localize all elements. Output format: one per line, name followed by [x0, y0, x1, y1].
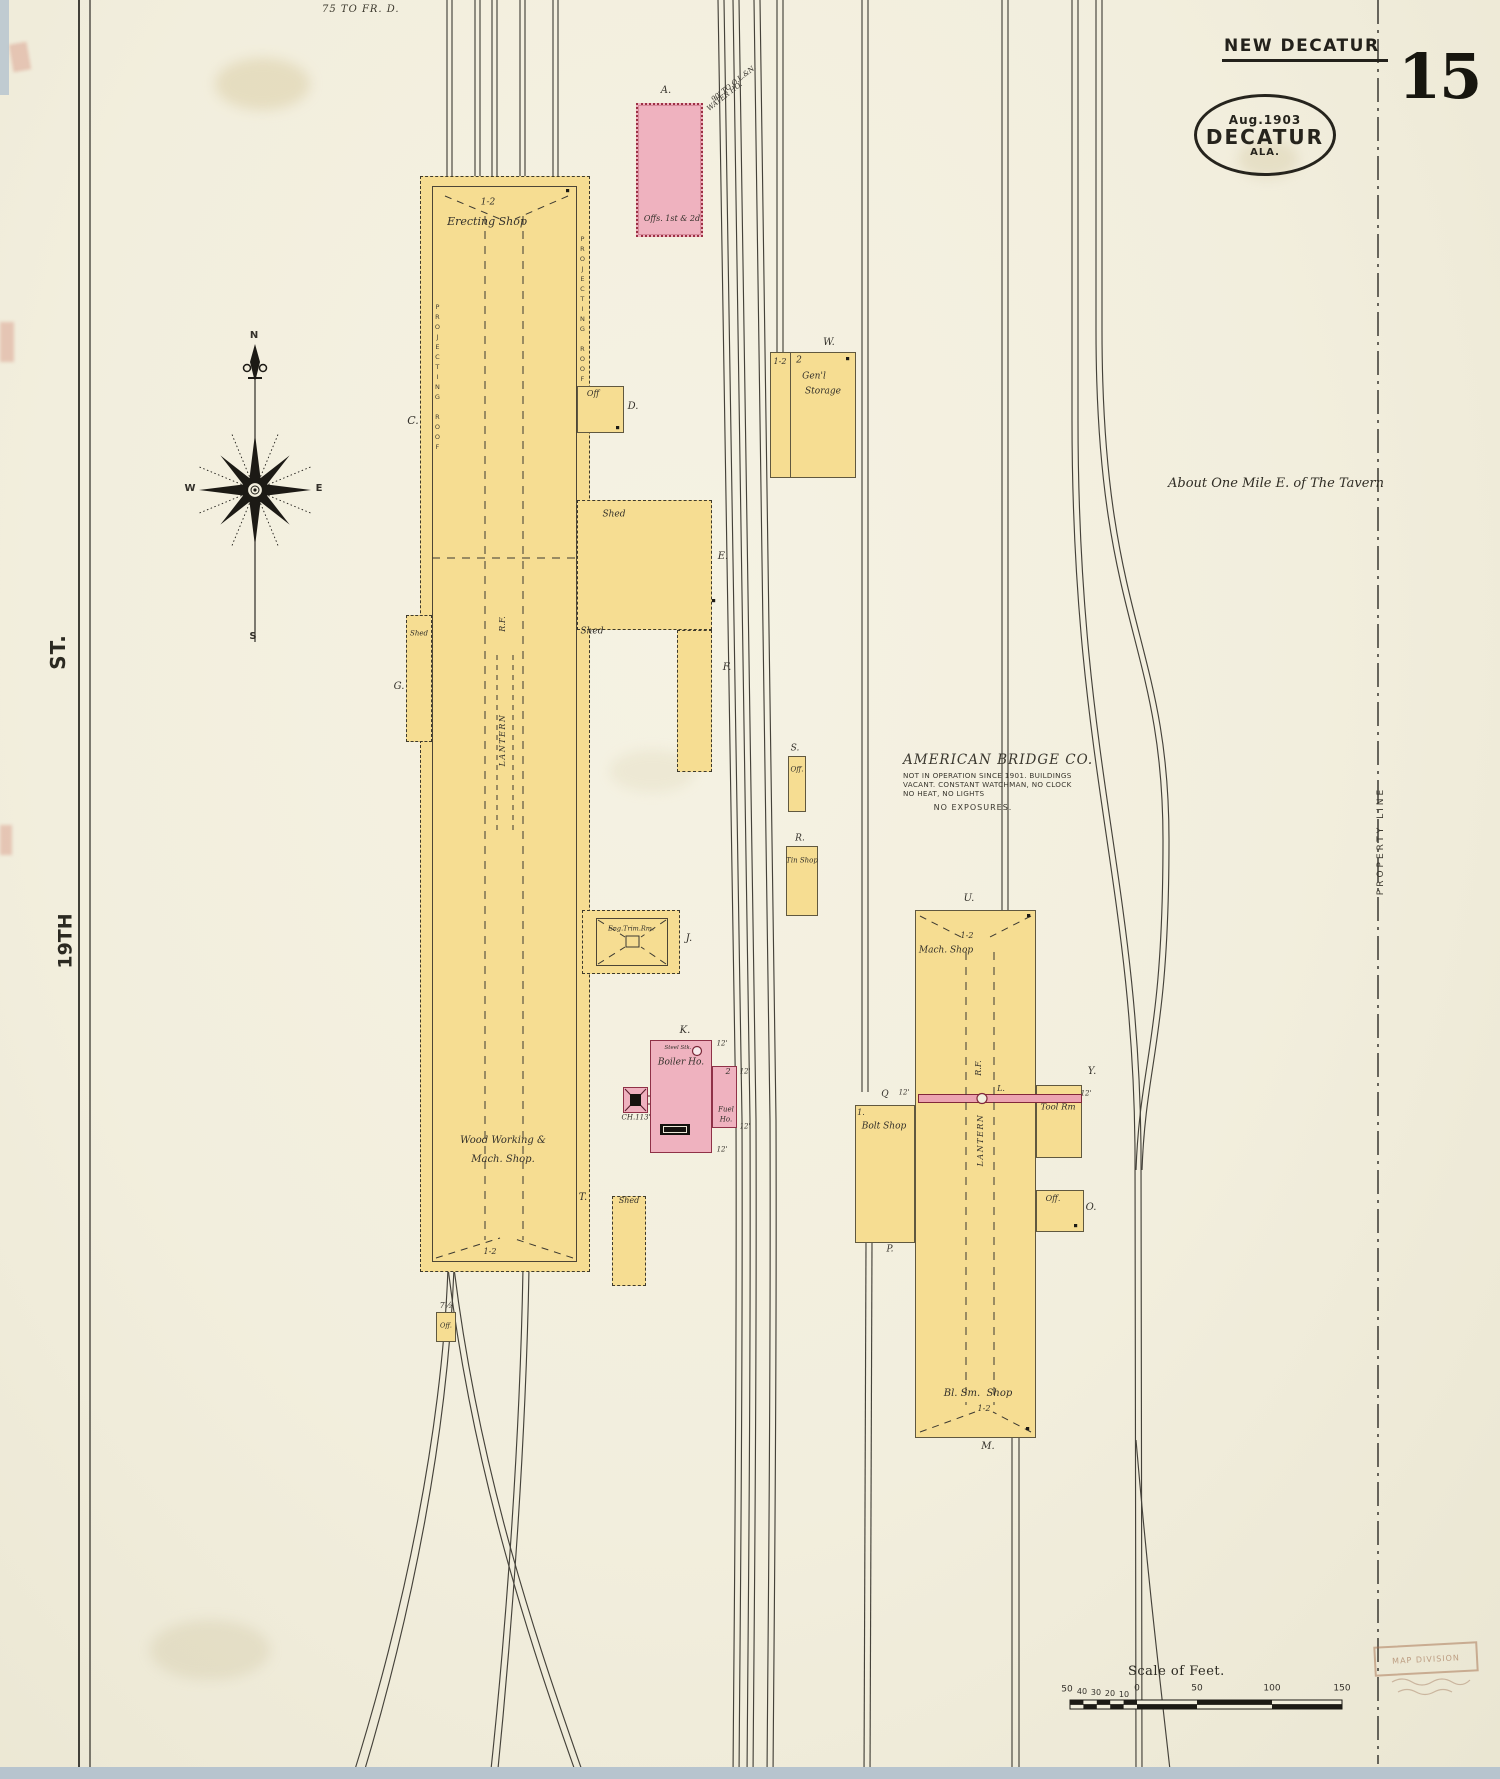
scale-tick: 0 — [1134, 1684, 1140, 1693]
stamp-squiggle — [1392, 1679, 1470, 1695]
label-7half: 7½ — [440, 1302, 453, 1310]
label-s: S. — [791, 744, 800, 753]
property-line-label: PROPERTY LINE — [1376, 786, 1386, 896]
label-fuel-stories: 2 — [725, 1068, 730, 1076]
label-d: D. — [628, 402, 639, 413]
label-rf-left: R.F. — [499, 616, 507, 631]
label-eng-trim: Eng.Trim.Rm. — [608, 926, 654, 933]
label-mach-shop: Mach. Shop — [919, 946, 973, 955]
storage-partition-wall — [790, 352, 791, 478]
label-bolt-stories: 1. — [857, 1109, 865, 1117]
scan-edge — [0, 0, 9, 95]
label-shed-e: Shed — [602, 510, 625, 519]
chimney — [623, 1087, 648, 1113]
label-shed-mid: Shed — [580, 627, 603, 636]
label-dim: 12' — [1081, 1090, 1092, 1097]
label-e: E. — [718, 552, 728, 563]
label-lantern-left: LANTERN — [499, 714, 507, 767]
scale-tick: 100 — [1263, 1684, 1280, 1693]
company-note-exposures: NO EXPOSURES. — [903, 803, 1043, 813]
label-p: P. — [886, 1245, 893, 1254]
scale-tick: 30 — [1091, 1689, 1101, 1697]
label-offices: Offs. 1st & 2d — [644, 215, 700, 223]
label-lantern-right: LANTERN — [977, 1114, 985, 1167]
company-note-line: VACANT. CONSTANT WATCHMAN, NO CLOCK — [903, 780, 1103, 789]
company-name: AMERICAN BRIDGE CO. — [903, 752, 1103, 768]
label-off-d: Off — [587, 390, 599, 398]
paper-stain — [150, 1620, 270, 1680]
label-g: G. — [394, 682, 405, 693]
company-note: AMERICAN BRIDGE CO. NOT IN OPERATION SIN… — [903, 752, 1103, 813]
date-stamp-oval: Aug.1903 DECATUR ALA. — [1194, 94, 1336, 176]
label-wood-mach-shop: Mach. Shop. — [471, 1155, 535, 1166]
label-shed-g: Shed — [410, 630, 428, 637]
compass-w: W — [184, 484, 195, 495]
label-erecting-shop: Erecting Shop — [447, 216, 527, 228]
compass-rose — [199, 344, 311, 642]
label-chimney: CH.113' — [622, 1114, 651, 1121]
label-erecting-stories: 1-2 — [481, 198, 496, 207]
building-shed-east — [577, 500, 712, 630]
scan-edge — [0, 1767, 1500, 1779]
label-wood-working: Wood Working & — [460, 1136, 546, 1147]
label-u: U. — [964, 894, 975, 905]
label-l: L. — [997, 1085, 1005, 1093]
sheet-number: 15 — [1398, 40, 1480, 113]
railroad-track-linework — [0, 0, 1500, 1779]
location-note: About One Mile E. of The Tavern — [1168, 476, 1384, 491]
label-r: R. — [795, 834, 805, 843]
label-y: Y. — [1088, 1067, 1097, 1078]
street-label-st: ST. — [46, 634, 70, 670]
label-storage: Storage — [805, 387, 841, 396]
label-off-small: Off. — [440, 1323, 452, 1330]
building-shed-strip — [677, 630, 712, 772]
plate-note: 75 TO FR. D. — [322, 4, 400, 15]
building-office-d — [577, 386, 624, 433]
roof-detail-linework — [0, 0, 1500, 1779]
label-storage-stories: 1-2 — [774, 358, 787, 366]
stamp-state: ALA. — [1250, 147, 1280, 158]
label-f: F. — [723, 663, 732, 674]
label-w: W. — [823, 338, 835, 349]
label-dim: 12' — [740, 1068, 751, 1075]
paper-stain — [215, 58, 310, 110]
label-tin-shop: Tin Shop — [786, 857, 818, 864]
faint-red-mark — [0, 825, 12, 855]
label-steel-stack: Steel Stk. — [664, 1046, 691, 1052]
label-dim: 12' — [740, 1123, 751, 1130]
label-storage-2: 2 — [796, 356, 802, 365]
sanborn-map-sheet: NEW DECATUR 15 Aug.1903 DECATUR ALA. 75 … — [0, 0, 1500, 1779]
label-blacksmith-shop: Bl. Sm. Shop — [944, 1389, 1013, 1400]
label-bolt-shop: Bolt Shop — [862, 1122, 907, 1131]
label-dim: 12' — [899, 1089, 910, 1096]
label-dim: 12' — [717, 1146, 728, 1153]
label-dim: 12' — [717, 1040, 728, 1047]
label-genl: Gen'l — [802, 372, 826, 381]
label-fuel: Fuel — [718, 1106, 734, 1113]
scale-bar — [1070, 1700, 1342, 1709]
label-off-o: Off. — [1046, 1195, 1061, 1203]
compass-s: S — [249, 632, 256, 643]
stamp-city: DECATUR — [1206, 127, 1324, 147]
label-a: A. — [661, 86, 671, 97]
compass-e: E — [316, 484, 323, 495]
scale-tick: 40 — [1077, 1688, 1087, 1696]
label-j: J. — [686, 934, 692, 945]
label-wood-stories: 1-2 — [484, 1248, 497, 1256]
label-projecting-roof-left: PROJECTING ROOF — [434, 303, 441, 453]
label-blsm-stories: 1-2 — [978, 1405, 991, 1413]
scale-tick: 50 — [1061, 1685, 1072, 1694]
label-rf-right: R.F. — [975, 1060, 983, 1075]
label-tool-room: Tool Rm — [1040, 1104, 1075, 1113]
label-m: M. — [981, 1442, 994, 1453]
street-label-19th: 19TH — [55, 913, 77, 968]
label-o: O. — [1086, 1203, 1097, 1214]
label-boiler-house: Boiler Ho. — [658, 1058, 704, 1067]
faint-red-mark — [0, 322, 14, 362]
compass-n: N — [250, 331, 258, 342]
building-machine-shop — [915, 910, 1036, 1438]
scale-tick: 10 — [1119, 1691, 1129, 1699]
label-c: C. — [407, 415, 419, 427]
label-s-off: Off. — [791, 766, 804, 773]
label-mach-stories: 1-2 — [961, 932, 974, 940]
company-note-line: NO HEAT, NO LIGHTS — [903, 789, 1103, 798]
label-q: Q — [881, 1090, 888, 1099]
company-note-line: NOT IN OPERATION SINCE 1901. BUILDINGS — [903, 771, 1103, 780]
building-shed-south — [612, 1196, 646, 1286]
label-fuel-ho: Ho. — [720, 1116, 732, 1123]
library-stamp: MAP DIVISION — [1373, 1641, 1478, 1676]
label-shed-boiler: Shed — [619, 1197, 640, 1205]
label-k: K. — [680, 1026, 691, 1037]
scale-tick: 150 — [1333, 1684, 1350, 1693]
scale-title: Scale of Feet. — [1128, 1664, 1225, 1679]
scale-tick: 20 — [1105, 1690, 1115, 1698]
faint-red-mark — [9, 42, 32, 73]
city-header: NEW DECATUR — [1222, 36, 1388, 62]
label-projecting-roof-right: PROJECTING ROOF — [579, 235, 586, 385]
label-t: T. — [579, 1193, 587, 1204]
scale-tick: 50 — [1191, 1684, 1202, 1693]
